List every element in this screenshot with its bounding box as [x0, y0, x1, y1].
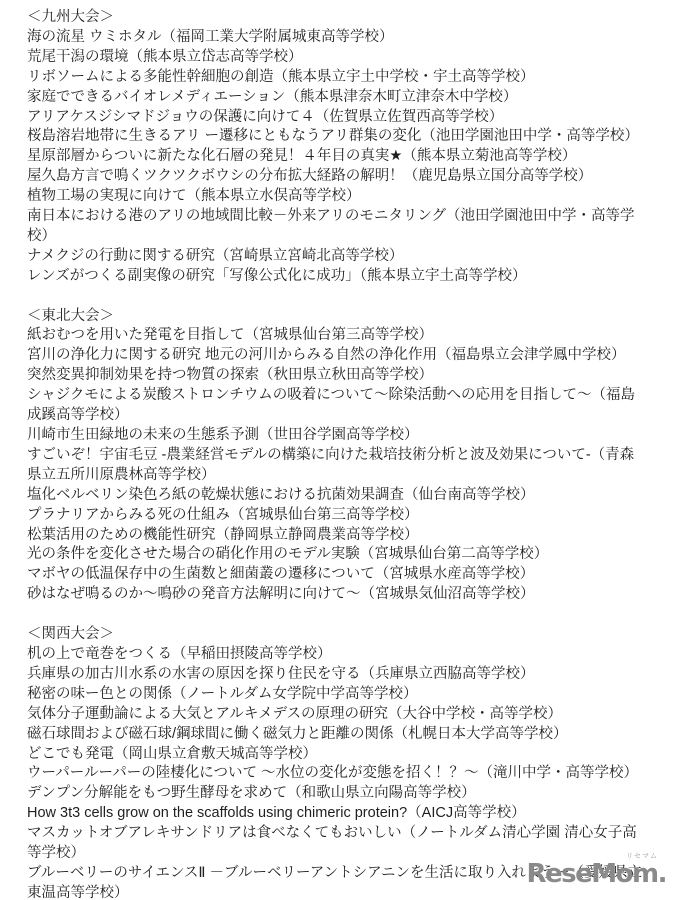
project-list-item: 兵庫県の加古川水系の水害の原因を探り住民を守る（兵庫県立西脇高等学校） [27, 665, 647, 685]
project-list-item: 南日本における港のアリの地域間比較－外来アリのモニタリング（池田学園池田中学・高… [27, 207, 647, 247]
project-list-item: 塩化ベルベリン染色ろ紙の乾燥状態における抗菌効果調査（仙台南高等学校） [27, 486, 647, 506]
project-list-item: 磁石球間および磁石球/鋼球間に働く磁気力と距離の関係（札幌日本大学高等学校） [27, 725, 647, 745]
section-heading: ＜関西大会＞ [27, 625, 647, 645]
project-list-item: How 3t3 cells grow on the scaffolds usin… [27, 804, 647, 824]
project-list-item: 光の条件を変化させた場合の硝化作用のモデル実験（宮城県仙台第二高等学校） [27, 545, 647, 565]
resemom-logo: リセマム ReseMom. [527, 853, 666, 887]
article-body: ＜九州大会＞海の流星 ウミホタル（福岡工業大学附属城東高等学校）荒尾干潟の環境（… [0, 0, 673, 900]
section-heading: ＜九州大会＞ [27, 8, 647, 28]
tournament-section: ＜東北大会＞紙おむつを用いた発電を目指して（宮城県仙台第三高等学校）宮川の浄化力… [27, 307, 647, 606]
logo-text: ReseMom. [527, 859, 666, 889]
project-list-item: 星原部層からついに新たな化石層の発見！４年目の真実★（熊本県立菊池高等学校） [27, 147, 647, 167]
project-list-item: 川崎市生田緑地の未来の生態系予測（世田谷学園高等学校） [27, 426, 647, 446]
project-list-item: 海の流星 ウミホタル（福岡工業大学附属城東高等学校） [27, 28, 647, 48]
project-list-item: 荒尾干潟の環境（熊本県立岱志高等学校） [27, 48, 647, 68]
project-list-item: 家庭でできるバイオレメディエーション（熊本県津奈木町立津奈木中学校） [27, 88, 647, 108]
project-list-item: プラナリアからみる死の仕組み（宮城県仙台第三高等学校） [27, 506, 647, 526]
project-list-item: ウーパールーパーの陸棲化について ～水位の変化が変態を招く！？～（滝川中学・高等… [27, 764, 647, 784]
project-list-item: 紙おむつを用いた発電を目指して（宮城県仙台第三高等学校） [27, 326, 647, 346]
project-list-item: シャジクモによる炭酸ストロンチウムの吸着について～除染活動への応用を目指して～（… [27, 386, 647, 426]
tournament-section: ＜九州大会＞海の流星 ウミホタル（福岡工業大学附属城東高等学校）荒尾干潟の環境（… [27, 8, 647, 287]
project-list-item: 屋久島方言で鳴くツクツクボウシの分布拡大経路の解明！（鹿児島県立国分高等学校） [27, 167, 647, 187]
project-list-item: 宮川の浄化力に関する研究 地元の河川からみる自然の浄化作用（福島県立会津学鳳中学… [27, 346, 647, 366]
project-list-item: 桜島溶岩地帯に生きるアリ ー遷移にともなうアリ群集の変化（池田学園池田中学・高等… [27, 127, 647, 147]
project-list-item: 気体分子運動論による大気とアルキメデスの原理の研究（大谷中学校・高等学校） [27, 705, 647, 725]
project-list-item: レンズがつくる副実像の研究「写像公式化に成功」（熊本県立宇土高等学校） [27, 267, 647, 287]
section-heading: ＜東北大会＞ [27, 307, 647, 327]
project-list-item: 秘密の味ー色との関係（ノートルダム女学院中学高等学校） [27, 685, 647, 705]
project-list-item: アリアケスジシマドジョウの保護に向けて４（佐賀県立佐賀西高等学校） [27, 108, 647, 128]
project-list-item: ナメクジの行動に関する研究（宮崎県立宮崎北高等学校） [27, 247, 647, 267]
project-list-item: デンプン分解能をもつ野生酵母を求めて（和歌山県立向陽高等学校） [27, 784, 647, 804]
project-list-item: 机の上で竜巻をつくる（早稲田摂陵高等学校） [27, 645, 647, 665]
project-list-item: リボソームによる多能性幹細胞の創造（熊本県立宇土中学校・宇土高等学校） [27, 68, 647, 88]
project-list-item: 松葉活用のための機能性研究（静岡県立静岡農業高等学校） [27, 526, 647, 546]
project-list-item: すごいぞ！宇宙毛豆 -農業経営モデルの構築に向けた栽培技術分析と波及効果について… [27, 446, 647, 486]
project-list-item: マボヤの低温保存中の生菌数と細菌叢の遷移について（宮城県水産高等学校） [27, 565, 647, 585]
project-list-item: どこでも発電（岡山県立倉敷天城高等学校） [27, 745, 647, 765]
project-list-item: 突然変異抑制効果を持つ物質の探索（秋田県立秋田高等学校） [27, 366, 647, 386]
project-list-item: 砂はなぜ鳴るのか～鳴砂の発音方法解明に向けて～（宮城県気仙沼高等学校） [27, 585, 647, 605]
project-list-item: 植物工場の実現に向けて（熊本県立水俣高等学校） [27, 187, 647, 207]
